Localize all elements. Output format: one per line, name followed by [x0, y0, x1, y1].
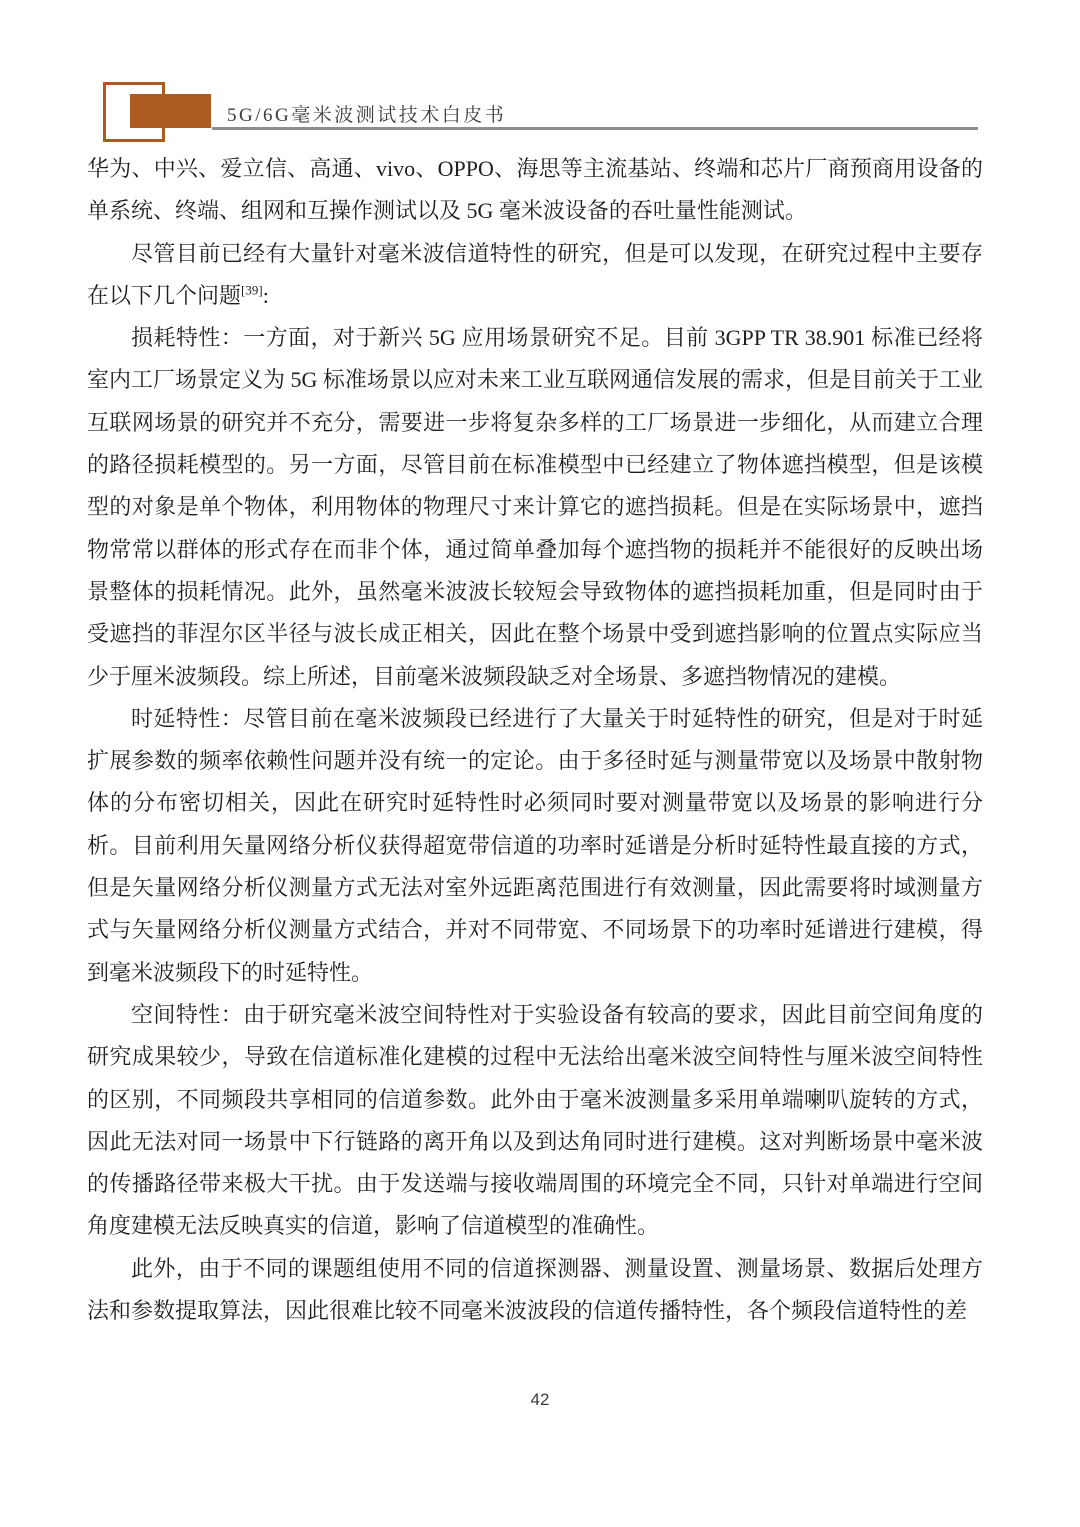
- paragraph-text: 尽管目前已经有大量针对毫米波信道特性的研究，但是可以发现，在研究过程中主要存在以…: [87, 241, 983, 308]
- paragraph-text: 损耗特性：一方面，对于新兴 5G 应用场景研究不足。目前 3GPP TR 38.…: [87, 325, 983, 688]
- paragraph-text: 此外，由于不同的课题组使用不同的信道探测器、测量设置、测量场景、数据后处理方法和…: [87, 1256, 983, 1323]
- page-header: 5G/6G毫米波测试技术白皮书: [0, 0, 1080, 150]
- paragraph-text: :: [263, 283, 269, 308]
- body-text: 华为、中兴、爱立信、高通、vivo、OPPO、海思等主流基站、终端和芯片厂商预商…: [87, 148, 983, 1332]
- paragraph: 华为、中兴、爱立信、高通、vivo、OPPO、海思等主流基站、终端和芯片厂商预商…: [87, 148, 983, 233]
- footnote-reference: [39]: [241, 283, 263, 298]
- paragraph-text: 空间特性：由于研究毫米波空间特性对于实验设备有较高的要求，因此目前空间角度的研究…: [87, 1002, 983, 1238]
- logo-filled-rectangle: [130, 94, 211, 128]
- document-page: { "header": { "title": "5G/6G毫米波测试技术白皮书"…: [0, 0, 1080, 1527]
- paragraph: 时延特性：尽管目前在毫米波频段已经进行了大量关于时延特性的研究，但是对于时延扩展…: [87, 698, 983, 994]
- paragraph-text: 时延特性：尽管目前在毫米波频段已经进行了大量关于时延特性的研究，但是对于时延扩展…: [87, 706, 983, 985]
- paragraph: 空间特性：由于研究毫米波空间特性对于实验设备有较高的要求，因此目前空间角度的研究…: [87, 994, 983, 1248]
- paragraph-text: 华为、中兴、爱立信、高通、vivo、OPPO、海思等主流基站、终端和芯片厂商预商…: [87, 156, 983, 223]
- page-number: 42: [0, 1390, 1080, 1410]
- paragraph: 此外，由于不同的课题组使用不同的信道探测器、测量设置、测量场景、数据后处理方法和…: [87, 1248, 983, 1333]
- paragraph: 损耗特性：一方面，对于新兴 5G 应用场景研究不足。目前 3GPP TR 38.…: [87, 317, 983, 698]
- document-title: 5G/6G毫米波测试技术白皮书: [227, 100, 506, 127]
- paragraph: 尽管目前已经有大量针对毫米波信道特性的研究，但是可以发现，在研究过程中主要存在以…: [87, 233, 983, 318]
- header-rule: [212, 127, 978, 130]
